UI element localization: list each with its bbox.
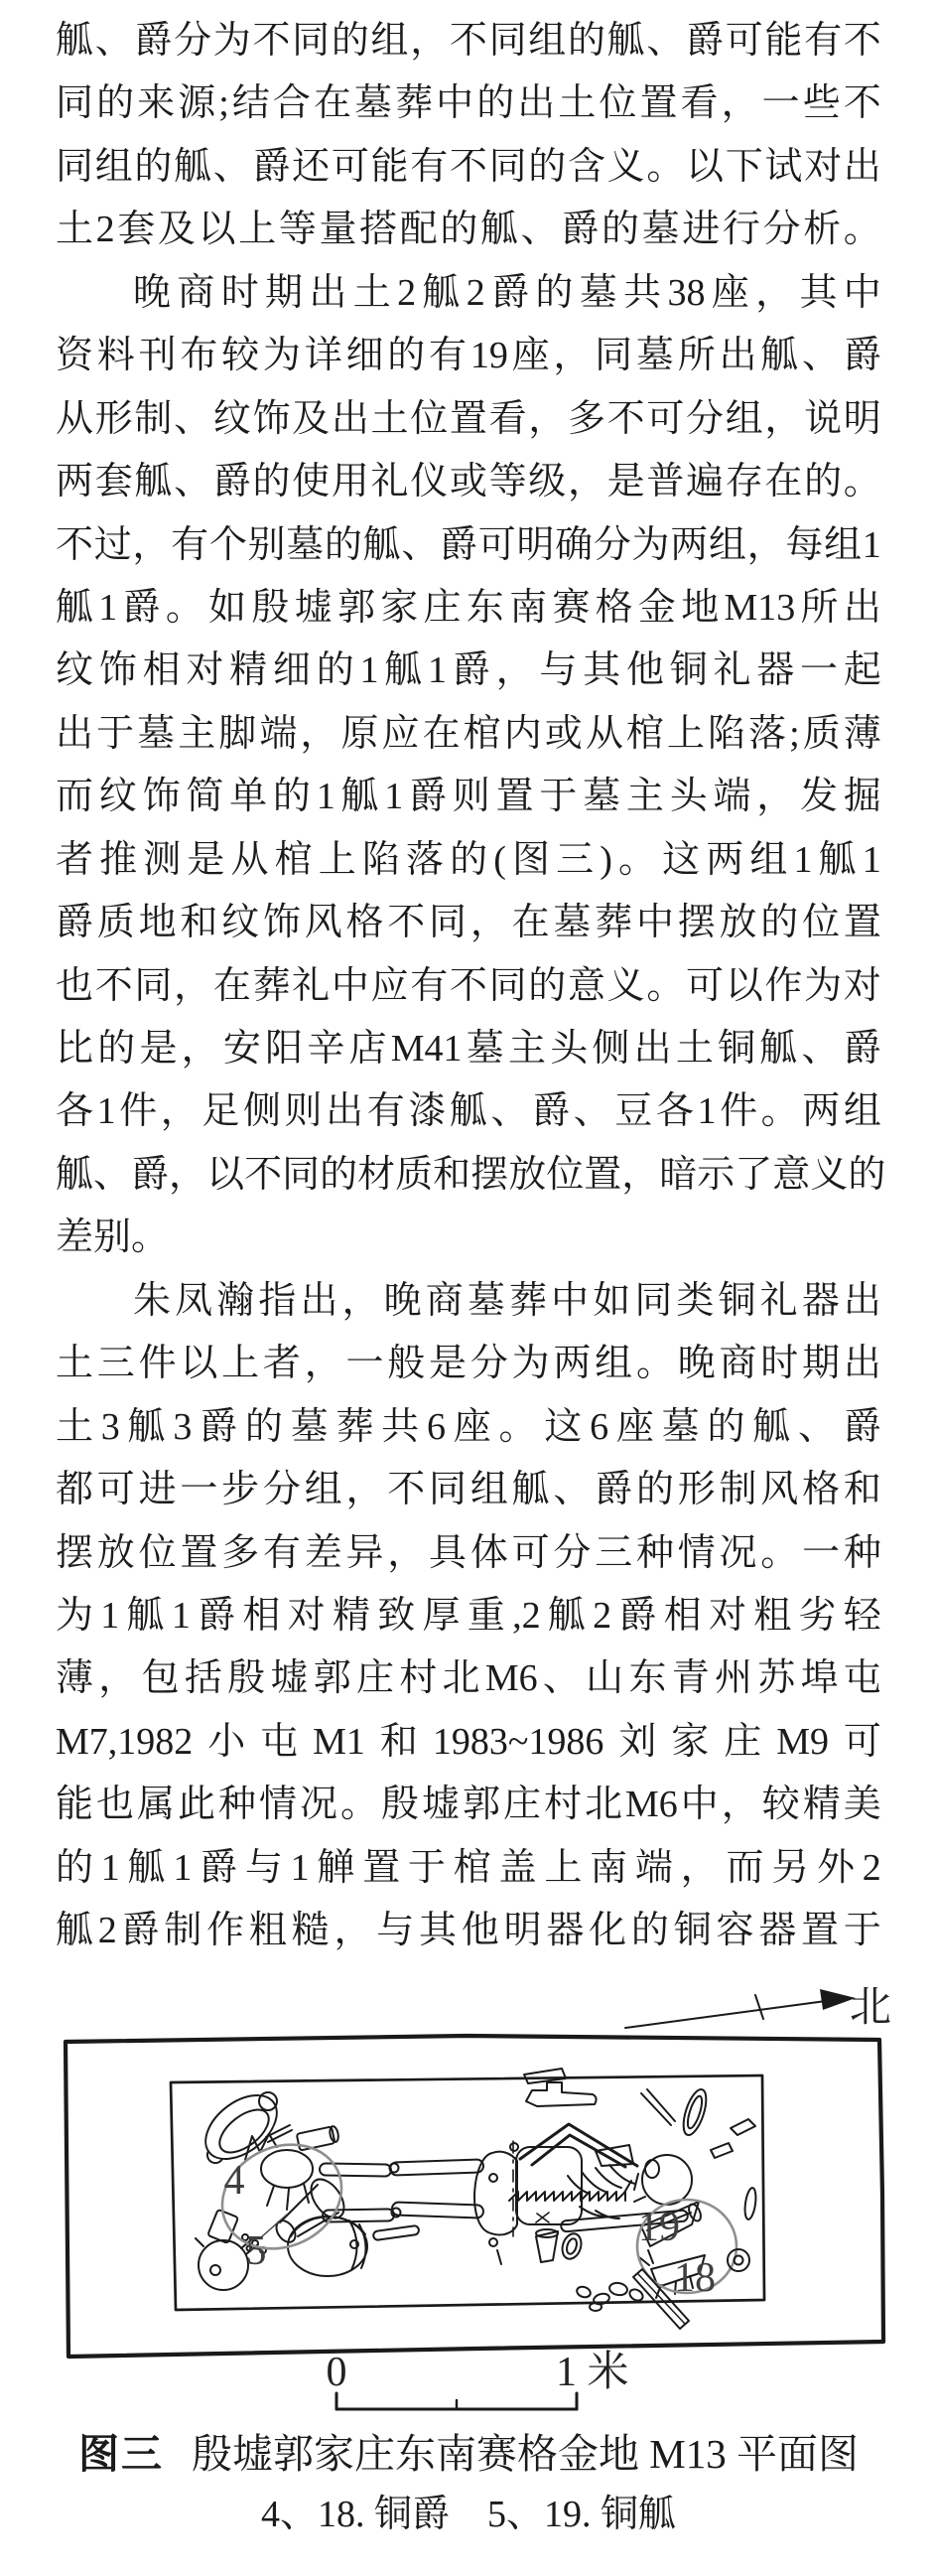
text-token: 用 — [332, 451, 369, 513]
text-token: 2 — [593, 1585, 611, 1647]
text-token: 如 — [593, 1270, 630, 1333]
body-text-line: 差别。 — [56, 1207, 881, 1269]
text-token: 。 — [646, 136, 684, 199]
pelvis — [474, 2152, 517, 2235]
text-token: 形 — [678, 1459, 716, 1521]
text-token: 觚 — [56, 1144, 93, 1207]
text-token: 所 — [801, 577, 839, 640]
text-token: 风 — [760, 1459, 798, 1521]
text-token: 殷 — [227, 1647, 265, 1710]
text-token: 礼 — [292, 955, 330, 1018]
text-token: 和 — [380, 1711, 418, 1774]
text-token: 类 — [676, 1270, 714, 1333]
text-token: 此 — [178, 1774, 215, 1836]
text-token: 庄 — [503, 1774, 541, 1836]
text-token: 爵 — [844, 325, 881, 387]
pelvis-hole — [489, 2174, 497, 2182]
body-text-line: 从形制、纹饰及出土位置看，多不可分组，说明 — [56, 388, 881, 451]
text-token: 在 — [512, 892, 550, 954]
text-token: ， — [528, 388, 566, 451]
text-token: 、 — [543, 1647, 581, 1710]
text-token: 共 — [381, 1396, 419, 1459]
text-token: 6 — [427, 1396, 446, 1459]
text-token: 礼 — [713, 640, 750, 702]
text-token: 分 — [263, 1459, 301, 1521]
text-token: 郭 — [463, 1774, 500, 1836]
pebble — [608, 2282, 628, 2297]
text-token: 觚 — [512, 1459, 550, 1521]
text-token: 1 — [291, 1837, 310, 1900]
text-token: 的 — [97, 1018, 135, 1080]
text-token: 明 — [844, 388, 881, 451]
text-token: 墓 — [137, 703, 175, 766]
text-token: 这 — [662, 829, 700, 892]
text-token: 同 — [595, 325, 632, 387]
text-token: 豆 — [614, 1080, 652, 1143]
text-token: 确 — [555, 514, 593, 577]
figure-caption: 图三殷墟郭家庄东南赛格金地 M13 平面图 — [0, 2421, 937, 2480]
text-token: 期 — [265, 262, 303, 325]
text-token: 或 — [450, 451, 487, 513]
text-token: 测 — [143, 829, 181, 892]
text-token: 侧 — [243, 1080, 281, 1143]
text-token: 另 — [771, 1837, 809, 1900]
text-token: ， — [496, 640, 534, 702]
text-token: 是 — [139, 1018, 177, 1080]
text-token: 出 — [56, 703, 93, 766]
text-token: 掘 — [844, 766, 881, 828]
text-token: 合 — [273, 72, 311, 135]
text-token: 从 — [231, 829, 269, 892]
text-token: 饰 — [263, 892, 301, 954]
text-token: 1 — [863, 829, 881, 892]
text-token: M41 — [391, 1018, 463, 1080]
text-token: 。 — [499, 1396, 537, 1459]
spine-vertebrae — [509, 2192, 625, 2201]
text-token: 中 — [844, 262, 881, 325]
text-token: 葬 — [509, 1270, 547, 1333]
text-token: 质 — [395, 1144, 433, 1207]
text-token: 的 — [804, 451, 842, 513]
text-token: 不 — [95, 955, 133, 1018]
text-token: 可 — [726, 10, 763, 72]
text-token: 对 — [709, 1585, 746, 1647]
text-token: 出 — [517, 72, 555, 135]
text-token: 1 — [697, 1080, 716, 1143]
text-token: 原 — [340, 703, 378, 766]
text-token: 种 — [218, 1774, 256, 1836]
text-token: 期 — [802, 1333, 840, 1395]
text-token: 括 — [185, 1647, 222, 1710]
text-token: 在 — [423, 703, 461, 766]
text-token: 组 — [824, 514, 862, 577]
text-token: 较 — [762, 1774, 800, 1836]
text-token: 土 — [558, 72, 596, 135]
text-token: 可 — [478, 514, 516, 577]
text-token: 在 — [314, 72, 351, 135]
text-token: 北 — [585, 1774, 622, 1836]
bronze-jue-4-body — [261, 2150, 313, 2188]
text-token: 还 — [292, 136, 330, 199]
text-token: M6 — [625, 1774, 678, 1836]
text-token: ， — [132, 514, 170, 577]
body-text-line: 觚、爵，以不同的材质和摆放位置，暗示了意义的 — [56, 1144, 881, 1207]
text-token: 郭 — [314, 1647, 351, 1710]
text-token: 土 — [56, 1333, 93, 1395]
text-token: 说 — [804, 388, 842, 451]
text-token: 精 — [229, 640, 267, 702]
text-token: 不 — [450, 955, 487, 1018]
text-token: ， — [334, 1900, 371, 1962]
scale-bar: 0 1 米 — [327, 2350, 629, 2409]
text-token: 精 — [803, 1774, 841, 1836]
callout-5-pointer — [261, 2215, 287, 2237]
text-token: 、 — [553, 1459, 591, 1521]
text-token: 为 — [512, 1333, 550, 1395]
femur-right — [392, 2202, 483, 2218]
text-token: 意 — [772, 1144, 810, 1207]
text-token: 组 — [371, 10, 409, 72]
text-token: 觚 — [480, 199, 518, 261]
text-token: 较 — [221, 325, 259, 387]
text-token: 中 — [332, 955, 369, 1018]
text-token: 纹 — [221, 892, 259, 954]
text-token: 套 — [117, 199, 155, 261]
text-token: 觚 — [384, 640, 422, 702]
text-token: ; — [789, 703, 800, 766]
text-token: 棺 — [275, 829, 313, 892]
pebble — [627, 2287, 644, 2303]
text-token: ， — [410, 10, 448, 72]
text-token: 凤 — [175, 1270, 212, 1333]
text-token: 其 — [583, 640, 620, 702]
text-token: 及 — [158, 199, 196, 261]
text-token: 组 — [709, 514, 746, 577]
scale-meter-label: 1 米 — [556, 2350, 629, 2395]
text-token: 端 — [713, 766, 750, 828]
text-token: 殷 — [381, 1774, 419, 1836]
body-text-line: M7,1982小屯M1和1983~1986刘家庄M9可 — [56, 1711, 881, 1774]
text-token: 1 — [359, 640, 378, 702]
text-token: 2 — [863, 1837, 881, 1900]
spouted-pot-hole — [210, 2265, 220, 2275]
text-token: 与 — [245, 1837, 283, 1900]
text-token: 爵 — [453, 640, 490, 702]
text-token: 析 — [803, 199, 841, 261]
text-token: 、 — [646, 10, 684, 72]
text-token: 爵 — [595, 1459, 632, 1521]
text-token: 的 — [528, 136, 566, 199]
text-token: 同 — [56, 72, 93, 135]
text-token: 使 — [292, 451, 330, 513]
text-token: 为 — [213, 10, 251, 72]
text-token: 2 — [96, 199, 115, 261]
text-token: 一 — [345, 1333, 383, 1395]
text-token: 质 — [803, 703, 841, 766]
text-token: 来 — [137, 72, 175, 135]
text-token: 在 — [213, 955, 251, 1018]
text-token: 头 — [550, 1018, 588, 1080]
text-token: 对 — [186, 640, 223, 702]
body-text-line: 同的来源;结合在墓葬中的出土位置看，一些不 — [56, 72, 881, 135]
text-token: 同 — [489, 136, 527, 199]
text-token: 金 — [638, 577, 676, 640]
text-token: ， — [300, 703, 337, 766]
text-token: 6 — [590, 1396, 608, 1459]
text-token: 质 — [97, 892, 135, 954]
body-text-line: 同组的觚、爵还可能有不同的含义。以下试对出 — [56, 136, 881, 199]
text-token: 觚 — [128, 1837, 166, 1900]
text-token: 者 — [56, 829, 93, 892]
text-token: 礼 — [760, 1270, 798, 1333]
text-token: M6 — [485, 1647, 538, 1710]
text-token: 分 — [594, 514, 631, 577]
text-token: 中 — [551, 1270, 589, 1333]
text-token: 美 — [844, 1774, 881, 1836]
scale-zero-label: 0 — [327, 2350, 347, 2395]
text-token: 晚 — [678, 1333, 716, 1395]
text-token: 不 — [607, 388, 645, 451]
text-token: 2 — [397, 262, 416, 325]
text-token: 墓 — [636, 325, 674, 387]
text-token: 同 — [489, 10, 527, 72]
body-text-line: 资料刊布较为详细的有19座，同墓所出觚、爵 — [56, 325, 881, 387]
text-token: 不 — [387, 892, 425, 954]
femur-left — [390, 2159, 483, 2175]
text-token: 土 — [371, 388, 409, 451]
text-token: 南 — [590, 1837, 627, 1900]
text-token: 安 — [223, 1018, 261, 1080]
body-text-line: 觚1爵。如殷墟郭家庄东南赛格金地M13所出 — [56, 577, 881, 640]
text-token: 觚 — [422, 262, 460, 325]
text-token: 义 — [607, 136, 645, 199]
text-token: 端 — [635, 1837, 673, 1900]
text-token: 和 — [844, 1459, 881, 1521]
text-token: 出 — [300, 1270, 337, 1333]
text-token: 情 — [678, 1522, 716, 1585]
text-token: 商 — [720, 1333, 757, 1395]
text-token: 。 — [844, 199, 881, 261]
text-token: 摆 — [470, 1144, 508, 1207]
text-token: 墓 — [467, 1018, 504, 1080]
small-chip — [711, 2143, 733, 2158]
text-token: 陷 — [708, 703, 745, 766]
text-token: 爵 — [686, 10, 724, 72]
text-token: 1 — [172, 1585, 191, 1647]
text-token: 。 — [131, 1207, 169, 1269]
text-token: 店 — [349, 1018, 387, 1080]
text-token: 明 — [516, 514, 554, 577]
text-token: 座 — [616, 1396, 654, 1459]
text-token: 也 — [96, 1774, 134, 1836]
text-token: 觚 — [363, 514, 401, 577]
text-token: 指 — [258, 1270, 296, 1333]
text-token: ， — [621, 1144, 659, 1207]
text-token: 爵 — [409, 766, 447, 828]
text-token: 各 — [656, 1080, 694, 1143]
jar-rim-bands — [291, 2217, 366, 2270]
text-token: 爵 — [122, 1900, 160, 1962]
text-token: 陷 — [362, 829, 400, 892]
text-token: 组 — [95, 136, 133, 199]
text-token: 况 — [300, 1774, 337, 1836]
text-token: 为 — [56, 1585, 93, 1647]
text-token: 量 — [319, 199, 356, 261]
text-token: 格 — [596, 577, 633, 640]
text-token: 件 — [119, 1080, 157, 1143]
text-token: 、 — [174, 451, 211, 513]
text-token: 晚 — [384, 1270, 422, 1333]
text-token: 瀚 — [216, 1270, 254, 1333]
text-token: 厚 — [423, 1585, 461, 1647]
text-token: 摆 — [678, 892, 716, 954]
body-text-line: 晚商时期出土2觚2爵的墓共38座，其中 — [56, 262, 881, 325]
text-token: 阳 — [265, 1018, 303, 1080]
text-token: 布 — [180, 325, 217, 387]
north-arrow-tick — [755, 1995, 763, 2019]
thin-leaf — [743, 2187, 757, 2219]
text-token: 三 — [595, 1522, 632, 1585]
text-token: 葬 — [252, 955, 290, 1018]
text-token: 明 — [504, 1900, 542, 1962]
figure-title: 殷墟郭家庄东南赛格金地 M13 平面图 — [192, 2431, 859, 2477]
text-token: 上 — [544, 1837, 582, 1900]
text-token: 。 — [761, 1080, 799, 1143]
text-token: 源 — [178, 72, 215, 135]
text-token: 上 — [319, 829, 356, 892]
text-token: 苏 — [757, 1647, 795, 1710]
text-token: 东 — [628, 1647, 666, 1710]
text-token: 这 — [544, 1396, 582, 1459]
text-token: 器 — [756, 640, 794, 702]
text-token: 可 — [97, 1459, 135, 1521]
text-token: 别 — [93, 1207, 131, 1269]
text-token: 组 — [595, 1333, 632, 1395]
text-token: 中 — [436, 72, 473, 135]
text-token: 墓 — [662, 1396, 700, 1459]
text-token: 位 — [802, 892, 840, 954]
text-token: M13 — [724, 577, 795, 640]
text-token: 同 — [292, 10, 330, 72]
text-token: 可 — [332, 136, 369, 199]
text-token: 觚 — [128, 1396, 166, 1459]
text-token: 他 — [626, 640, 664, 702]
text-token: 制 — [164, 1900, 201, 1962]
text-token: 的 — [602, 199, 639, 261]
text-token: 2 — [98, 1900, 117, 1962]
text-token: 座 — [712, 262, 749, 325]
text-token: 觚 — [760, 325, 798, 387]
text-token: 葬 — [395, 72, 433, 135]
jade-ring — [559, 2231, 584, 2261]
text-token: 属 — [137, 1774, 175, 1836]
text-token: 棺 — [626, 703, 664, 766]
text-token: 有 — [171, 514, 208, 577]
text-token: 、 — [798, 1396, 836, 1459]
text-token: 意 — [568, 955, 605, 1018]
text-token: 作 — [764, 955, 802, 1018]
text-token: 种 — [636, 1522, 674, 1585]
text-token: 家 — [380, 577, 418, 640]
text-token: 劣 — [799, 1585, 837, 1647]
text-token: 的 — [134, 136, 172, 199]
text-token: 1 — [384, 766, 403, 828]
text-token: 的 — [387, 325, 425, 387]
text-token: 1 — [101, 1837, 120, 1900]
text-token: ， — [722, 1774, 759, 1836]
text-token: 州 — [715, 1647, 752, 1710]
text-token: 对 — [844, 955, 881, 1018]
text-token: 料 — [97, 325, 135, 387]
text-token: 等 — [489, 451, 527, 513]
text-token: 的 — [707, 1396, 744, 1459]
text-token: ) — [600, 829, 612, 892]
text-token: 共 — [623, 262, 661, 325]
text-token: 。 — [844, 451, 881, 513]
text-token: 的 — [96, 72, 134, 135]
text-token: 暗 — [659, 1144, 697, 1207]
text-token: 端 — [259, 703, 297, 766]
text-token: 别 — [248, 514, 286, 577]
text-token: 体 — [470, 1522, 508, 1585]
head-end-vessels: 19 18 — [576, 2200, 749, 2329]
text-token: 重 — [468, 1585, 505, 1647]
clavicle-bones — [520, 2124, 637, 2167]
text-token: 觚 — [819, 829, 857, 892]
text-token: 发 — [800, 766, 838, 828]
text-token: 地 — [681, 577, 719, 640]
text-token: 觚 — [450, 1080, 487, 1143]
tibia-left — [320, 2163, 391, 2176]
text-token: 爵 — [56, 892, 93, 954]
text-token: 。 — [166, 577, 203, 640]
text-token: 也 — [56, 955, 93, 1018]
text-token: 如 — [208, 577, 246, 640]
text-token: 上 — [667, 703, 705, 766]
pebble — [576, 2285, 593, 2299]
skeleton — [320, 2124, 692, 2240]
text-token: 刘 — [618, 1711, 656, 1774]
text-token: 爵 — [440, 514, 477, 577]
text-token: 葬 — [595, 892, 632, 954]
text-token: 觚 — [134, 451, 172, 513]
text-token: 1 — [428, 640, 447, 702]
north-label: 北 — [850, 1985, 891, 2031]
text-token: 试 — [764, 136, 802, 199]
text-token: 组 — [749, 829, 787, 892]
text-token: 包 — [142, 1647, 180, 1710]
small-parallelogram — [731, 2119, 755, 2135]
text-token: 觚 — [56, 577, 93, 640]
text-token: 些 — [803, 72, 841, 135]
body-text-line: 朱凤瀚指出，晚商墓葬中如同类铜礼器出 — [56, 1270, 881, 1333]
text-token: 爵 — [491, 262, 529, 325]
text-token: 觚 — [607, 10, 645, 72]
text-token: ， — [681, 1837, 719, 1900]
text-token: 三 — [556, 829, 594, 892]
text-token: 墓 — [354, 72, 392, 135]
text-token: 搭 — [359, 199, 397, 261]
text-token: 风 — [305, 892, 342, 954]
text-token: 从 — [56, 388, 93, 451]
text-token: 于 — [96, 703, 134, 766]
text-token: 位 — [599, 72, 636, 135]
text-token: 埠 — [801, 1647, 839, 1710]
text-token: 薄 — [844, 703, 881, 766]
text-token: 位 — [410, 388, 448, 451]
text-token: 铜 — [674, 1900, 712, 1962]
north-arrow: 北 — [625, 1985, 891, 2031]
